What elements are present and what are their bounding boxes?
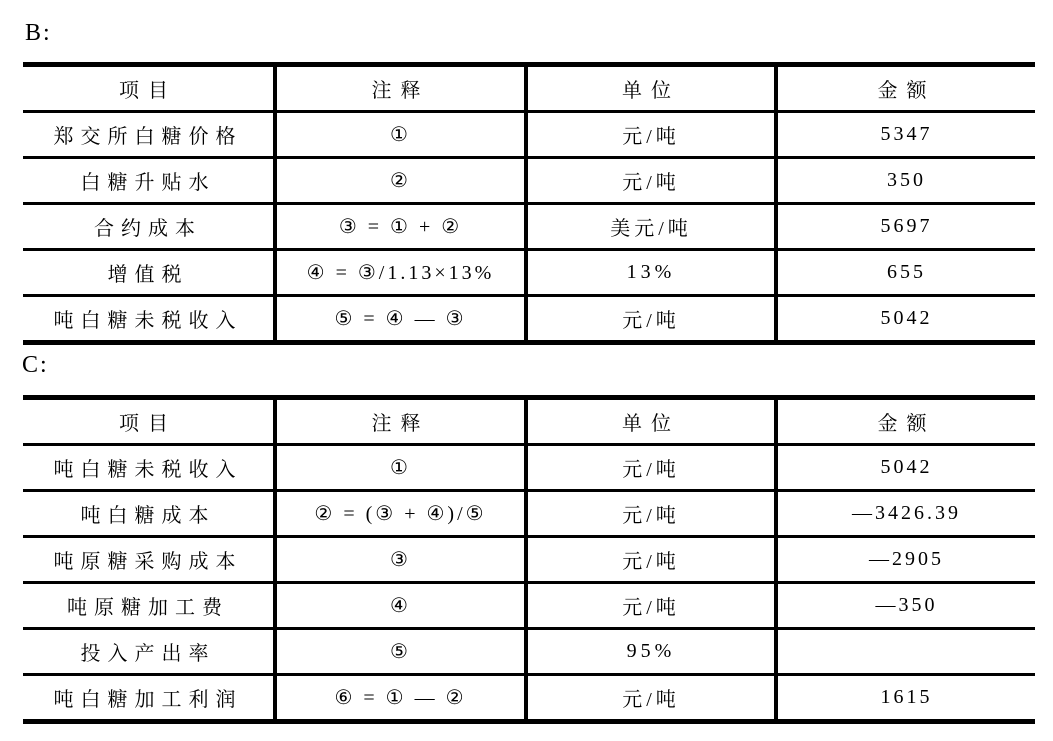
column-header-amount: 金额 bbox=[774, 395, 1035, 446]
table-header-row: 项目 注释 单位 金额 bbox=[23, 62, 1035, 113]
column-header-amount: 金额 bbox=[774, 62, 1035, 113]
table-row: 吨白糖加工利润 ⑥ = ① — ② 元/吨 1615 bbox=[23, 676, 1035, 724]
cell-unit: 元/吨 bbox=[524, 113, 774, 159]
cell-item: 吨白糖未税收入 bbox=[23, 297, 273, 345]
cell-amount bbox=[774, 630, 1035, 676]
cell-unit: 元/吨 bbox=[524, 584, 774, 630]
cell-note: ③ = ① + ② bbox=[273, 205, 524, 251]
cell-unit: 元/吨 bbox=[524, 538, 774, 584]
cell-unit: 13% bbox=[524, 251, 774, 297]
table-row: 吨白糖成本 ② = (③ + ④)/⑤ 元/吨 —3426.39 bbox=[23, 492, 1035, 538]
cell-note: ④ bbox=[273, 584, 524, 630]
cell-unit: 美元/吨 bbox=[524, 205, 774, 251]
cell-unit: 元/吨 bbox=[524, 492, 774, 538]
cell-amount: 5042 bbox=[774, 297, 1035, 345]
cell-note: ① bbox=[273, 446, 524, 492]
cell-unit: 元/吨 bbox=[524, 297, 774, 345]
table-row: 吨白糖未税收入 ① 元/吨 5042 bbox=[23, 446, 1035, 492]
cell-note: ⑤ bbox=[273, 630, 524, 676]
cell-note: ③ bbox=[273, 538, 524, 584]
table-header-row: 项目 注释 单位 金额 bbox=[23, 395, 1035, 446]
cell-amount: 5042 bbox=[774, 446, 1035, 492]
cell-note: ② bbox=[273, 159, 524, 205]
cell-amount: 655 bbox=[774, 251, 1035, 297]
cell-item: 郑交所白糖价格 bbox=[23, 113, 273, 159]
column-header-unit: 单位 bbox=[524, 395, 774, 446]
table-b: 项目 注释 单位 金额 郑交所白糖价格 ① 元/吨 5347 白糖升贴水 ② 元… bbox=[23, 62, 1035, 345]
table-row: 吨原糖加工费 ④ 元/吨 —350 bbox=[23, 584, 1035, 630]
cell-amount: —2905 bbox=[774, 538, 1035, 584]
table-c: 项目 注释 单位 金额 吨白糖未税收入 ① 元/吨 5042 吨白糖成本 ② =… bbox=[23, 395, 1035, 724]
cell-item: 吨原糖采购成本 bbox=[23, 538, 273, 584]
cell-unit: 元/吨 bbox=[524, 159, 774, 205]
cell-amount: 1615 bbox=[774, 676, 1035, 724]
table-c-label: C: bbox=[22, 352, 49, 379]
table-row: 增值税 ④ = ③/1.13×13% 13% 655 bbox=[23, 251, 1035, 297]
cell-item: 吨原糖加工费 bbox=[23, 584, 273, 630]
cell-item: 投入产出率 bbox=[23, 630, 273, 676]
table-row: 白糖升贴水 ② 元/吨 350 bbox=[23, 159, 1035, 205]
cell-amount: 5347 bbox=[774, 113, 1035, 159]
column-header-note: 注释 bbox=[273, 395, 524, 446]
table-row: 投入产出率 ⑤ 95% bbox=[23, 630, 1035, 676]
cell-amount: 350 bbox=[774, 159, 1035, 205]
table-row: 合约成本 ③ = ① + ② 美元/吨 5697 bbox=[23, 205, 1035, 251]
cell-item: 吨白糖成本 bbox=[23, 492, 273, 538]
column-header-item: 项目 bbox=[23, 395, 273, 446]
cell-amount: —350 bbox=[774, 584, 1035, 630]
cell-note: ④ = ③/1.13×13% bbox=[273, 251, 524, 297]
cell-item: 吨白糖未税收入 bbox=[23, 446, 273, 492]
column-header-item: 项目 bbox=[23, 62, 273, 113]
table-row: 郑交所白糖价格 ① 元/吨 5347 bbox=[23, 113, 1035, 159]
table-row: 吨白糖未税收入 ⑤ = ④ — ③ 元/吨 5042 bbox=[23, 297, 1035, 345]
cell-amount: 5697 bbox=[774, 205, 1035, 251]
cell-item: 增值税 bbox=[23, 251, 273, 297]
column-header-unit: 单位 bbox=[524, 62, 774, 113]
cell-unit: 95% bbox=[524, 630, 774, 676]
cell-note: ⑥ = ① — ② bbox=[273, 676, 524, 724]
cell-item: 合约成本 bbox=[23, 205, 273, 251]
cell-unit: 元/吨 bbox=[524, 676, 774, 724]
table-row: 吨原糖采购成本 ③ 元/吨 —2905 bbox=[23, 538, 1035, 584]
column-header-note: 注释 bbox=[273, 62, 524, 113]
document-page: B: 项目 注释 单位 金额 郑交所白糖价格 ① 元/吨 5347 白糖升贴水 … bbox=[0, 0, 1053, 741]
cell-item: 白糖升贴水 bbox=[23, 159, 273, 205]
cell-unit: 元/吨 bbox=[524, 446, 774, 492]
cell-note: ⑤ = ④ — ③ bbox=[273, 297, 524, 345]
cell-item: 吨白糖加工利润 bbox=[23, 676, 273, 724]
cell-note: ① bbox=[273, 113, 524, 159]
cell-note: ② = (③ + ④)/⑤ bbox=[273, 492, 524, 538]
table-b-label: B: bbox=[25, 20, 52, 47]
cell-amount: —3426.39 bbox=[774, 492, 1035, 538]
